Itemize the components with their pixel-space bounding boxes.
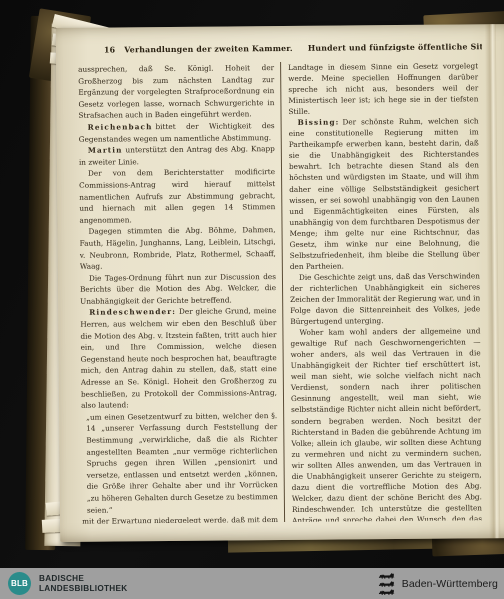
- library-name: BADISCHE LANDESBIBLIOTHEK: [39, 574, 128, 594]
- paragraph: Martinunterstützt den Antrag des Abg. Kn…: [79, 143, 275, 168]
- page-number: 16: [104, 45, 115, 54]
- speaker-name: Reichenbach: [88, 122, 153, 132]
- paragraph: Reichenbachbittet der Wichtigkeit des Ge…: [79, 120, 275, 145]
- page-content: 16 Verhandlungen der zweiten Kammer. Hun…: [78, 42, 486, 524]
- coat-of-arms-icon: [378, 571, 396, 596]
- speaker-name: Rindeschwender:: [89, 307, 176, 317]
- header-session: Hundert und fünfzigste öffentliche Sitzu…: [308, 42, 486, 53]
- right-column: Landtage in diesem Sinne ein Gesetz vorg…: [280, 60, 482, 523]
- scanned-page: 16 Verhandlungen der zweiten Kammer. Hun…: [56, 24, 504, 542]
- speaker-name: Martin: [88, 146, 123, 155]
- library-name-line1: BADISCHE: [39, 574, 128, 584]
- paragraph: Woher kam wohl anders der allgemeine und…: [290, 325, 482, 523]
- paragraph: aussprechen, daß Se. Königl. Hoheit der …: [78, 62, 274, 122]
- library-name-line2: LANDESBIBLIOTHEK: [39, 584, 128, 594]
- header-title: Verhandlungen der zweiten Kammer.: [124, 44, 293, 54]
- speaker-name: Bissing:: [298, 118, 340, 127]
- paragraph: Dagegen stimmten die Abg. Böhme, Dahmen,…: [79, 224, 275, 272]
- state-branding: Baden-Württemberg: [378, 571, 498, 596]
- blb-logo: BLB: [8, 572, 31, 595]
- state-name: Baden-Württemberg: [402, 578, 498, 590]
- paragraph: Der von dem Berichterstatter modificirte…: [79, 166, 275, 226]
- page-fore-edge: [485, 24, 500, 538]
- paragraph: Landtage in diesem Sinne ein Gesetz vorg…: [288, 60, 478, 117]
- paragraph: mit der Erwartung niedergelegt werde, da…: [82, 514, 279, 524]
- paragraph: Rindeschwender:Der gleiche Grund, meine …: [80, 306, 277, 412]
- page-header: 16 Verhandlungen der zweiten Kammer. Hun…: [78, 42, 482, 55]
- library-footer-bar: BLB BADISCHE LANDESBIBLIOTHEK Baden-Würt…: [0, 568, 504, 599]
- left-column: aussprechen, daß Se. Königl. Hoheit der …: [78, 62, 278, 524]
- text-columns: aussprechen, daß Se. Königl. Hoheit der …: [78, 60, 482, 523]
- quoted-motion-text: „um einen Gesetzentwurf zu bitten, welch…: [81, 410, 278, 516]
- paragraph-text: Der gleiche Grund, meine Herren, aus wel…: [80, 307, 277, 410]
- paragraph: Die Geschichte zeigt uns, daß das Versch…: [290, 270, 480, 327]
- paragraph: Bissing:Der schönste Ruhm, welchen sich …: [289, 116, 480, 272]
- paragraph: Die Tages-Ordnung führt nun zur Discussi…: [80, 271, 276, 307]
- paragraph-text: Der schönste Ruhm, welchen sich eine con…: [289, 117, 480, 271]
